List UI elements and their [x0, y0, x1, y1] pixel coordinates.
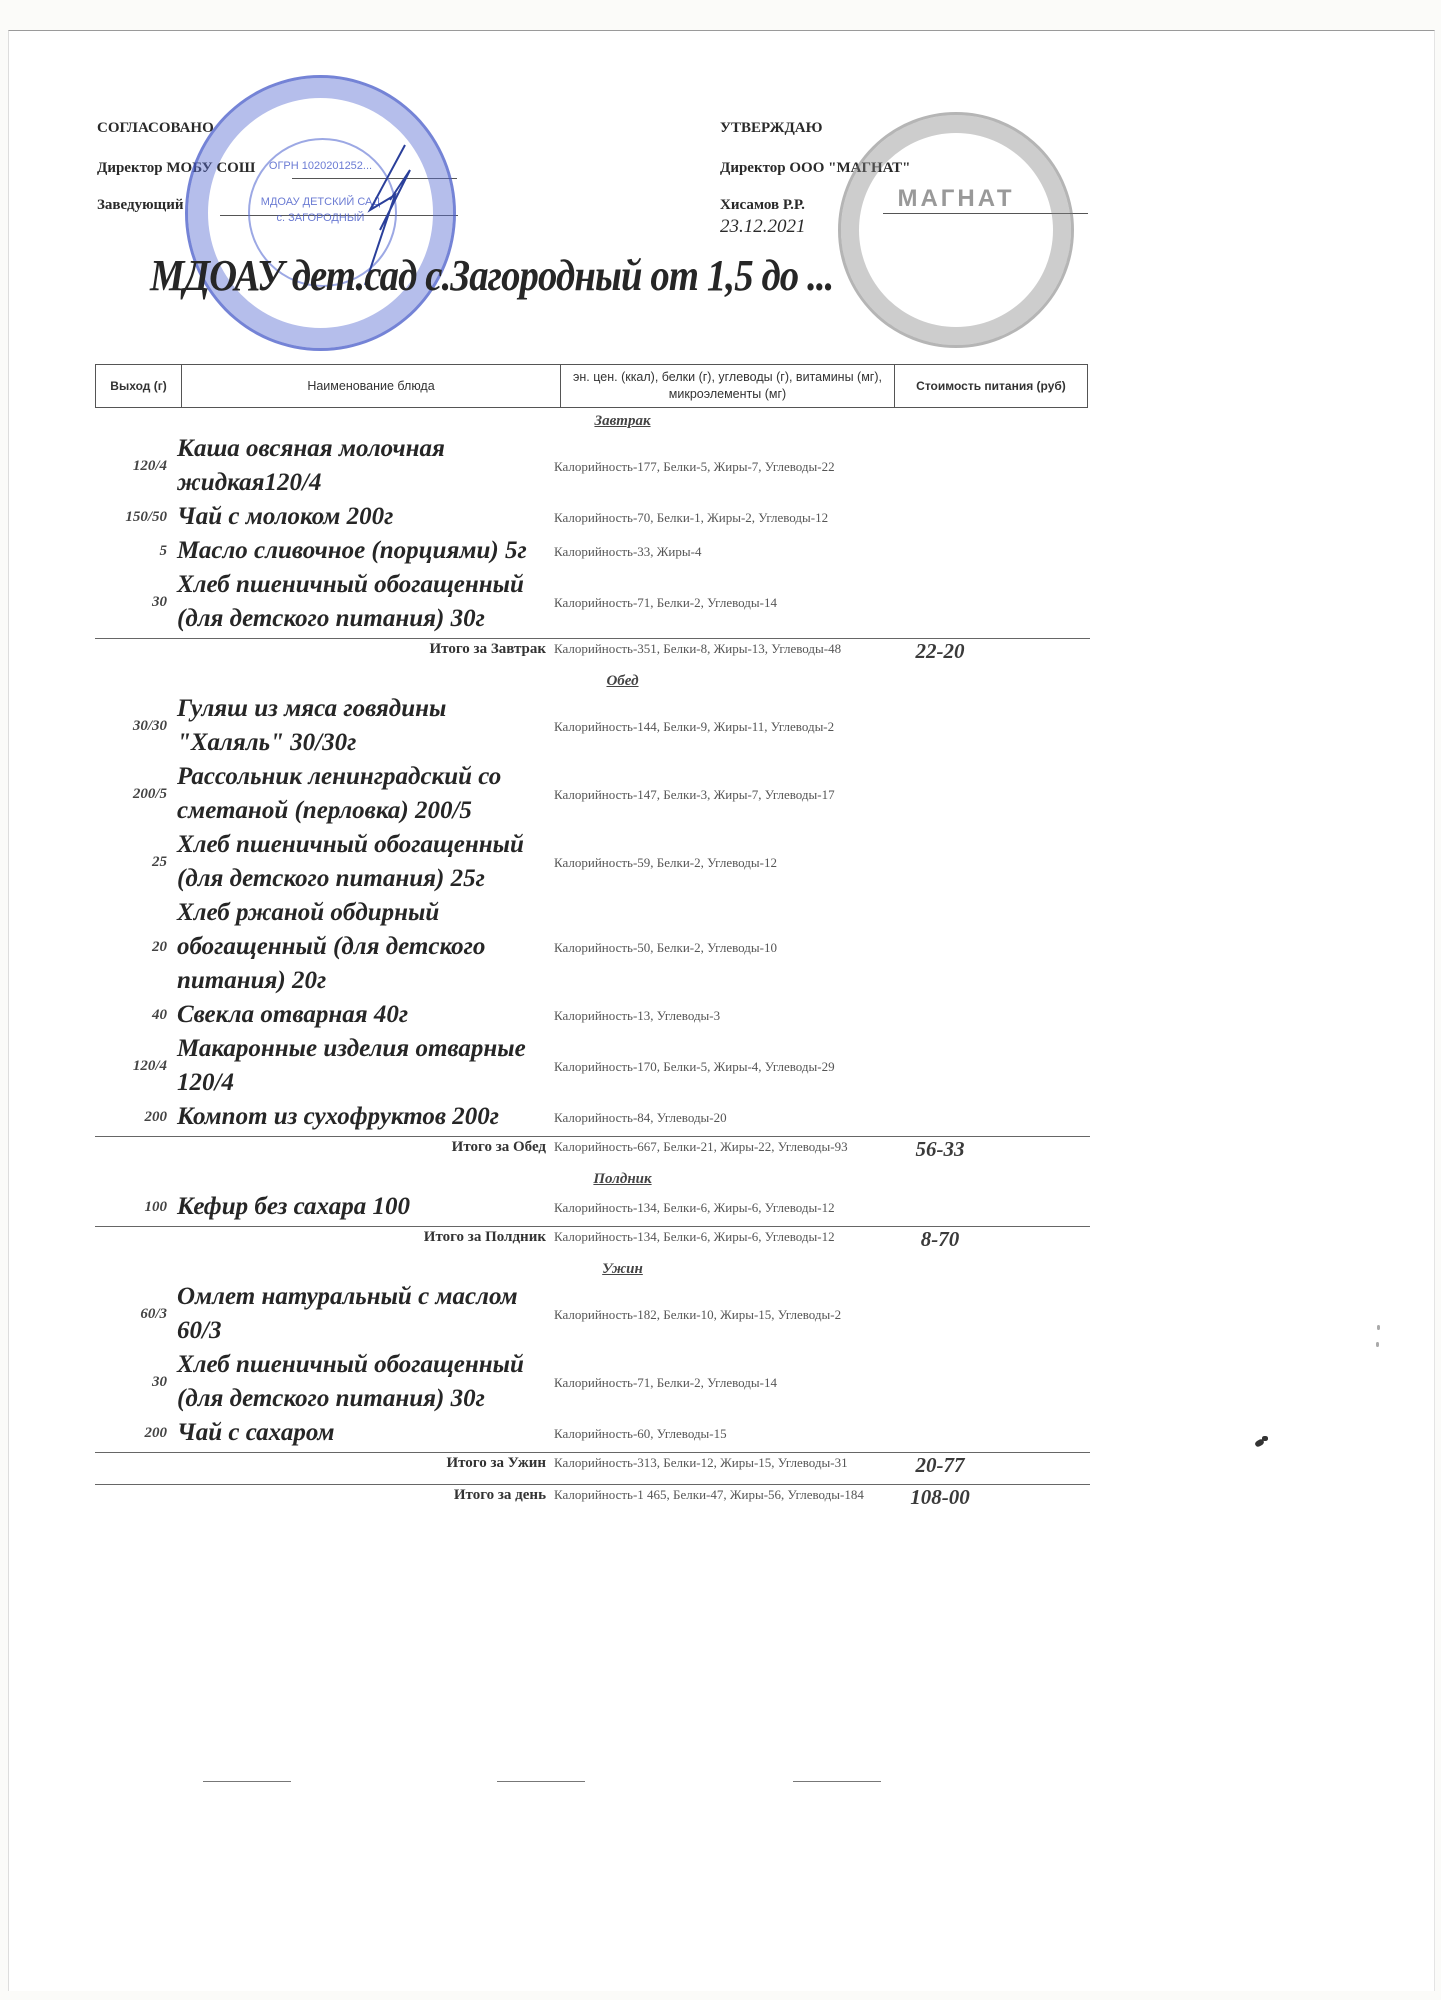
item-dish-name: Чай с сахаром	[175, 1416, 550, 1450]
item-nutrition: Калорийность-170, Белки-5, Жиры-4, Углев…	[550, 1058, 880, 1075]
meal-total-nutrition: Калорийность-313, Белки-12, Жиры-15, Угл…	[550, 1454, 880, 1471]
approval-approved-heading: УТВЕРЖДАЮ	[720, 120, 823, 137]
menu-item-row: 60/3Омлет натуральный с маслом 60/3Калор…	[95, 1280, 1090, 1348]
approval-date: 23.12.2021	[720, 216, 806, 238]
item-yield: 5	[95, 543, 175, 560]
item-nutrition: Калорийность-71, Белки-2, Углеводы-14	[550, 594, 880, 611]
item-dish-name: Компот из сухофруктов 200г	[175, 1100, 550, 1134]
item-nutrition: Калорийность-59, Белки-2, Углеводы-12	[550, 854, 880, 871]
approval-agreed-heading: СОГЛАСОВАНО	[97, 120, 214, 137]
item-dish-name: Хлеб пшеничный обогащенный (для детского…	[175, 828, 550, 896]
meal-total-label: Итого за Обед	[95, 1138, 550, 1156]
meal-total-label: Итого за Завтрак	[95, 640, 550, 658]
menu-item-row: 25Хлеб пшеничный обогащенный (для детско…	[95, 828, 1090, 896]
menu-item-row: 40Свекла отварная 40гКалорийность-13, Уг…	[95, 998, 1090, 1032]
item-yield: 30	[95, 594, 175, 611]
footer-signature-line	[203, 1781, 291, 1782]
meal-total-row: Итого за ЗавтракКалорийность-351, Белки-…	[95, 638, 1090, 662]
item-yield: 120/4	[95, 1058, 175, 1075]
day-total-label: Итого за день	[95, 1486, 550, 1504]
item-nutrition: Калорийность-33, Жиры-4	[550, 543, 880, 560]
signature-line	[883, 213, 1088, 214]
menu-item-row: 200/5Рассольник ленинградский со сметано…	[95, 760, 1090, 828]
item-yield: 200	[95, 1109, 175, 1126]
item-yield: 120/4	[95, 458, 175, 475]
meal-total-row: Итого за УжинКалорийность-313, Белки-12,…	[95, 1452, 1090, 1476]
approval-approved-line1: Директор ООО "МАГНАТ"	[720, 160, 911, 177]
meal-section-heading: Завтрак	[95, 410, 1090, 432]
meal-total-nutrition: Калорийность-134, Белки-6, Жиры-6, Углев…	[550, 1228, 880, 1245]
item-nutrition: Калорийность-182, Белки-10, Жиры-15, Угл…	[550, 1306, 880, 1323]
footer-signature-line	[793, 1781, 881, 1782]
meal-section-heading: Обед	[95, 670, 1090, 692]
menu-item-row: 20Хлеб ржаной обдирный обогащенный (для …	[95, 896, 1090, 998]
item-dish-name: Хлеб пшеничный обогащенный (для детского…	[175, 1348, 550, 1416]
header-dish: Наименование блюда	[182, 365, 561, 408]
item-yield: 200	[95, 1425, 175, 1442]
header-cost: Стоимость питания (руб)	[895, 365, 1088, 408]
menu-table-header: Выход (г) Наименование блюда эн. цен. (к…	[95, 364, 1088, 408]
item-yield: 20	[95, 939, 175, 956]
menu-body: Завтрак120/4Каша овсяная молочная жидкая…	[95, 410, 1090, 1508]
item-nutrition: Калорийность-50, Белки-2, Углеводы-10	[550, 939, 880, 956]
meal-total-nutrition: Калорийность-667, Белки-21, Жиры-22, Угл…	[550, 1138, 880, 1155]
menu-item-row: 120/4Макаронные изделия отварные 120/4Ка…	[95, 1032, 1090, 1100]
item-dish-name: Гуляш из мяса говядины "Халяль" 30/30г	[175, 692, 550, 760]
approval-agreed-line1: Директор МОБУ СОШ	[97, 160, 255, 177]
menu-item-row: 30Хлеб пшеничный обогащенный (для детско…	[95, 1348, 1090, 1416]
scan-speck	[1376, 1342, 1379, 1347]
day-total-cost: 108-00	[880, 1486, 1000, 1508]
approval-agreed-line2: Заведующий	[97, 197, 183, 214]
header-nutrition: эн. цен. (ккал), белки (г), углеводы (г)…	[561, 365, 895, 408]
meal-total-label: Итого за Полдник	[95, 1228, 550, 1246]
item-dish-name: Хлеб ржаной обдирный обогащенный (для де…	[175, 896, 550, 998]
scan-speck	[1262, 1436, 1268, 1441]
item-dish-name: Рассольник ленинградский со сметаной (пе…	[175, 760, 550, 828]
header-yield: Выход (г)	[96, 365, 182, 408]
meal-total-cost: 56-33	[880, 1138, 1000, 1160]
menu-item-row: 200Компот из сухофруктов 200гКалорийност…	[95, 1100, 1090, 1134]
item-yield: 60/3	[95, 1306, 175, 1323]
item-nutrition: Калорийность-70, Белки-1, Жиры-2, Углево…	[550, 509, 880, 526]
item-dish-name: Масло сливочное (порциями) 5г	[175, 534, 550, 568]
approval-approved-line2: Хисамов Р.Р.	[720, 197, 805, 214]
item-yield: 30	[95, 1374, 175, 1391]
meal-total-nutrition: Калорийность-351, Белки-8, Жиры-13, Угле…	[550, 640, 880, 657]
item-nutrition: Калорийность-13, Углеводы-3	[550, 1007, 880, 1024]
item-yield: 40	[95, 1007, 175, 1024]
item-nutrition: Калорийность-84, Углеводы-20	[550, 1109, 880, 1126]
day-total-nutrition: Калорийность-1 465, Белки-47, Жиры-56, У…	[550, 1486, 880, 1503]
meal-total-row: Итого за ПолдникКалорийность-134, Белки-…	[95, 1226, 1090, 1250]
day-total-row: Итого за деньКалорийность-1 465, Белки-4…	[95, 1484, 1090, 1508]
item-nutrition: Калорийность-71, Белки-2, Углеводы-14	[550, 1374, 880, 1391]
item-yield: 30/30	[95, 718, 175, 735]
item-nutrition: Калорийность-60, Углеводы-15	[550, 1425, 880, 1442]
meal-total-cost: 8-70	[880, 1228, 1000, 1250]
menu-item-row: 100Кефир без сахара 100Калорийность-134,…	[95, 1190, 1090, 1224]
menu-item-row: 150/50Чай с молоком 200гКалорийность-70,…	[95, 500, 1090, 534]
menu-item-row: 120/4Каша овсяная молочная жидкая120/4Ка…	[95, 432, 1090, 500]
scan-speck	[1377, 1325, 1380, 1330]
meal-section-heading: Полдник	[95, 1168, 1090, 1190]
menu-item-row: 30Хлеб пшеничный обогащенный (для детско…	[95, 568, 1090, 636]
document-title: МДОАУ дет.сад с.Загородный от 1,5 до ...	[150, 250, 833, 301]
item-dish-name: Каша овсяная молочная жидкая120/4	[175, 432, 550, 500]
menu-item-row: 30/30Гуляш из мяса говядины "Халяль" 30/…	[95, 692, 1090, 760]
item-nutrition: Калорийность-134, Белки-6, Жиры-6, Углев…	[550, 1199, 880, 1216]
item-yield: 150/50	[95, 509, 175, 526]
item-nutrition: Калорийность-144, Белки-9, Жиры-11, Угле…	[550, 718, 880, 735]
meal-total-cost: 20-77	[880, 1454, 1000, 1476]
meal-section-heading: Ужин	[95, 1258, 1090, 1280]
item-yield: 200/5	[95, 786, 175, 803]
item-dish-name: Макаронные изделия отварные 120/4	[175, 1032, 550, 1100]
meal-total-row: Итого за ОбедКалорийность-667, Белки-21,…	[95, 1136, 1090, 1160]
item-nutrition: Калорийность-147, Белки-3, Жиры-7, Углев…	[550, 786, 880, 803]
item-dish-name: Кефир без сахара 100	[175, 1190, 550, 1224]
item-nutrition: Калорийность-177, Белки-5, Жиры-7, Углев…	[550, 458, 880, 475]
menu-item-row: 200Чай с сахаромКалорийность-60, Углевод…	[95, 1416, 1090, 1450]
item-dish-name: Чай с молоком 200г	[175, 500, 550, 534]
meal-total-label: Итого за Ужин	[95, 1454, 550, 1472]
footer-signature-line	[497, 1781, 585, 1782]
item-dish-name: Омлет натуральный с маслом 60/3	[175, 1280, 550, 1348]
item-dish-name: Свекла отварная 40г	[175, 998, 550, 1032]
item-yield: 25	[95, 854, 175, 871]
menu-item-row: 5Масло сливочное (порциями) 5гКалорийнос…	[95, 534, 1090, 568]
item-yield: 100	[95, 1199, 175, 1216]
meal-total-cost: 22-20	[880, 640, 1000, 662]
item-dish-name: Хлеб пшеничный обогащенный (для детского…	[175, 568, 550, 636]
